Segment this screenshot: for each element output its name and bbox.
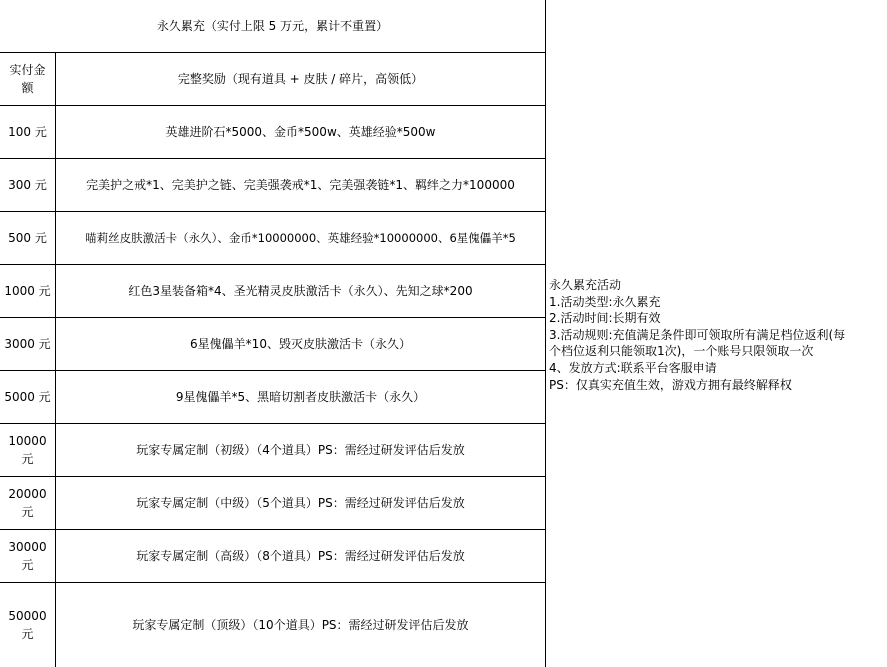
table-title: 永久累充（实付上限 5 万元，累计不重置） xyxy=(0,0,545,52)
notes-line: PS：仅真实充值生效，游戏方拥有最终解释权 xyxy=(549,377,885,394)
row-amount: 500 元 xyxy=(0,212,55,264)
header-amount: 实付金额 xyxy=(0,53,55,105)
row-amount: 100 元 xyxy=(0,106,55,158)
row-reward: 玩家专属定制（高级）（8个道具）PS：需经过研发评估后发放 xyxy=(56,530,545,582)
row-amount: 20000 元 xyxy=(0,477,55,529)
row-amount: 30000 元 xyxy=(0,530,55,582)
notes-line: 1.活动类型:永久累充 xyxy=(549,294,885,311)
row-reward: 英雄进阶石*5000、金币*500w、英雄经验*500w xyxy=(56,106,545,158)
row-reward: 玩家专属定制（顶级）（10个道具）PS：需经过研发评估后发放 xyxy=(56,583,545,667)
row-reward: 红色3星装备箱*4、圣光精灵皮肤激活卡（永久）、先知之球*200 xyxy=(56,265,545,317)
notes-line: 3.活动规则:充值满足条件即可领取所有满足档位返利(每 xyxy=(549,327,885,344)
row-reward: 完美护之戒*1、完美护之链、完美强袭戒*1、完美强袭链*1、羁绊之力*10000… xyxy=(56,159,545,211)
row-amount: 1000 元 xyxy=(0,265,55,317)
row-amount: 5000 元 xyxy=(0,371,55,423)
row-amount: 300 元 xyxy=(0,159,55,211)
notes-line: 2.活动时间:长期有效 xyxy=(549,310,885,327)
notes-line: 4、发放方式:联系平台客服申请 xyxy=(549,360,885,377)
header-reward: 完整奖励（现有道具 + 皮肤 / 碎片，高领低） xyxy=(56,53,545,105)
row-reward: 玩家专属定制（中级）（5个道具）PS：需经过研发评估后发放 xyxy=(56,477,545,529)
row-reward: 玩家专属定制（初级）（4个道具）PS：需经过研发评估后发放 xyxy=(56,424,545,476)
row-reward: 9星傀儡羊*5、黑暗切割者皮肤激活卡（永久） xyxy=(56,371,545,423)
row-reward: 6星傀儡羊*10、毁灭皮肤激活卡（永久） xyxy=(56,318,545,370)
activity-notes: 永久累充活动 1.活动类型:永久累充 2.活动时间:长期有效 3.活动规则:充值… xyxy=(549,277,885,393)
row-amount: 10000 元 xyxy=(0,424,55,476)
table-right-border xyxy=(545,0,546,667)
row-amount: 50000 元 xyxy=(0,583,55,667)
row-amount: 3000 元 xyxy=(0,318,55,370)
row-reward: 喵莉丝皮肤激活卡（永久）、金币*10000000、英雄经验*10000000、6… xyxy=(56,212,545,264)
notes-line: 个档位返利只能领取1次)，一个账号只限领取一次 xyxy=(549,343,885,360)
notes-title: 永久累充活动 xyxy=(549,277,885,294)
